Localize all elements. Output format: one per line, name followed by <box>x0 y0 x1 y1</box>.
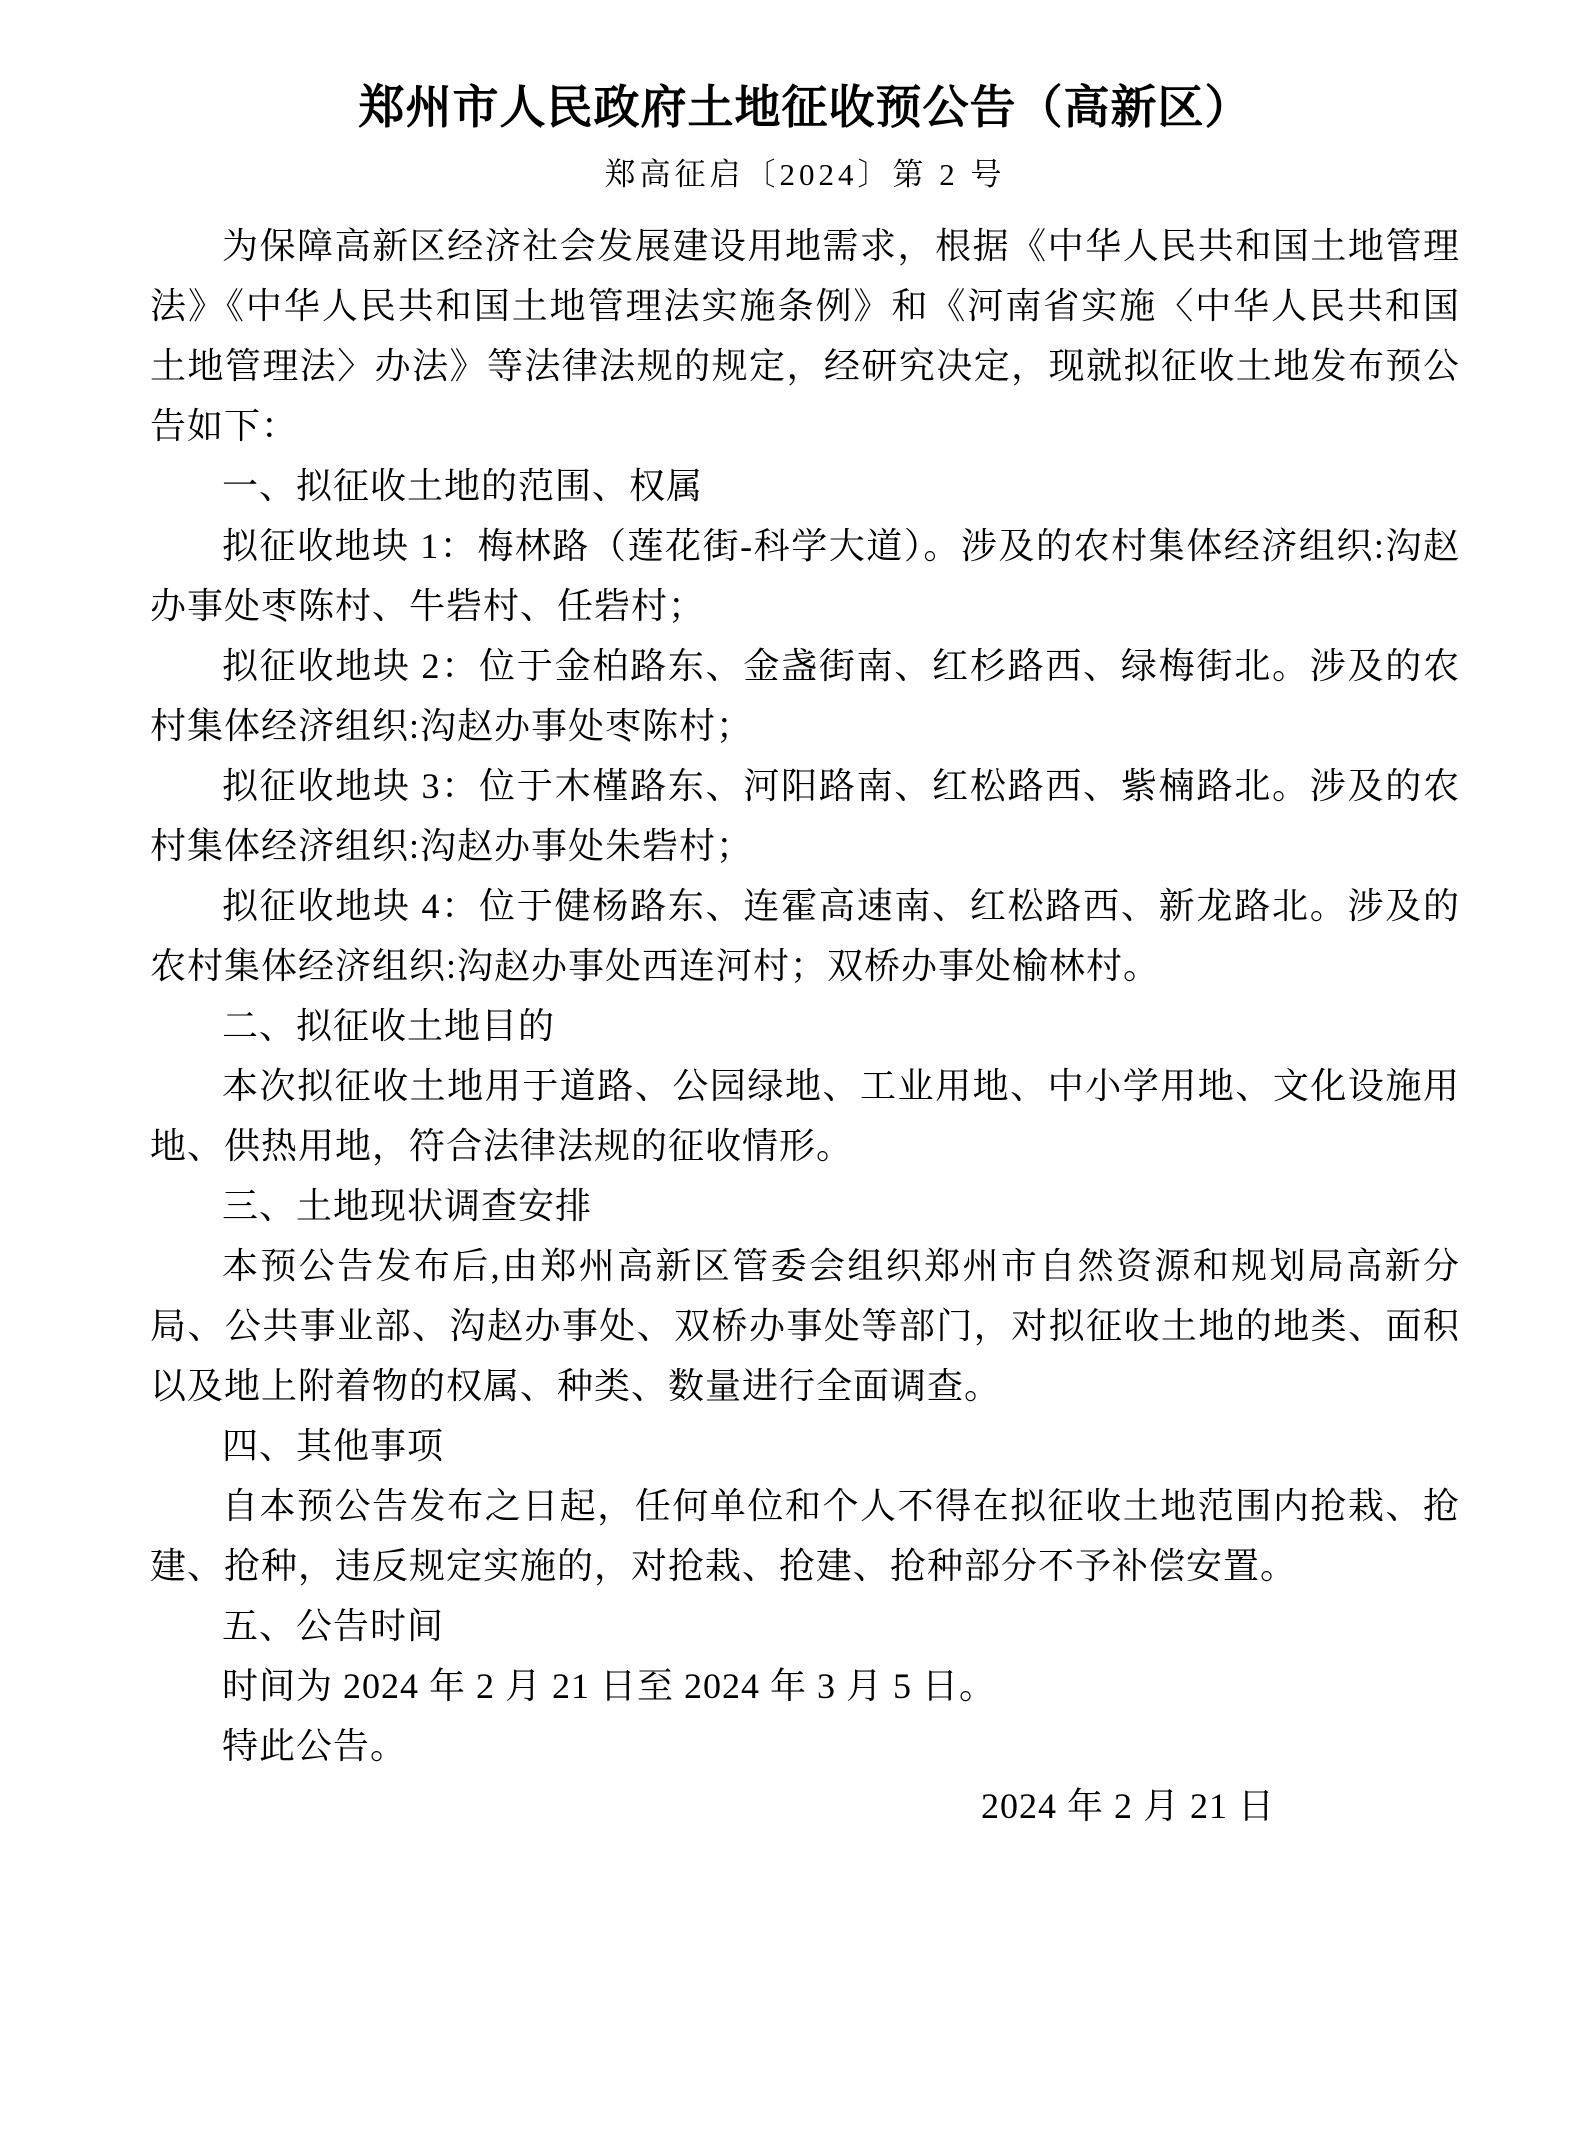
section-heading-4: 四、其他事项 <box>150 1416 1460 1476</box>
document-body: 为保障高新区经济社会发展建设用地需求，根据《中华人民共和国土地管理法》《中华人民… <box>150 216 1460 1776</box>
paragraph-plot-2: 拟征收地块 2：位于金柏路东、金盏街南、红杉路西、绿梅街北。涉及的农村集体经济组… <box>150 636 1460 756</box>
paragraph-intro: 为保障高新区经济社会发展建设用地需求，根据《中华人民共和国土地管理法》《中华人民… <box>150 216 1460 456</box>
document-page: 郑州市人民政府土地征收预公告（高新区） 郑高征启〔2024〕第 2 号 为保障高… <box>0 0 1587 2143</box>
paragraph-closing: 特此公告。 <box>150 1716 1460 1776</box>
paragraph-survey: 本预公告发布后,由郑州高新区管委会组织郑州市自然资源和规划局高新分局、公共事业部… <box>150 1236 1460 1416</box>
paragraph-plot-3: 拟征收地块 3：位于木槿路东、河阳路南、红松路西、紫楠路北。涉及的农村集体经济组… <box>150 756 1460 876</box>
section-heading-5: 五、公告时间 <box>150 1596 1460 1656</box>
section-heading-2: 二、拟征收土地目的 <box>150 996 1460 1056</box>
document-date: 2024 年 2 月 21 日 <box>150 1776 1460 1836</box>
section-heading-3: 三、土地现状调查安排 <box>150 1176 1460 1236</box>
paragraph-plot-1: 拟征收地块 1：梅林路（莲花街-科学大道）。涉及的农村集体经济组织:沟赵办事处枣… <box>150 516 1460 636</box>
section-heading-1: 一、拟征收土地的范围、权属 <box>150 456 1460 516</box>
document-number: 郑高征启〔2024〕第 2 号 <box>150 149 1460 194</box>
paragraph-plot-4: 拟征收地块 4：位于健杨路东、连霍高速南、红松路西、新龙路北。涉及的农村集体经济… <box>150 876 1460 996</box>
page-title: 郑州市人民政府土地征收预公告（高新区） <box>150 80 1460 135</box>
paragraph-purpose: 本次拟征收土地用于道路、公园绿地、工业用地、中小学用地、文化设施用地、供热用地，… <box>150 1056 1460 1176</box>
paragraph-other-items: 自本预公告发布之日起，任何单位和个人不得在拟征收土地范围内抢栽、抢建、抢种，违反… <box>150 1476 1460 1596</box>
paragraph-notice-period: 时间为 2024 年 2 月 21 日至 2024 年 3 月 5 日。 <box>150 1656 1460 1716</box>
